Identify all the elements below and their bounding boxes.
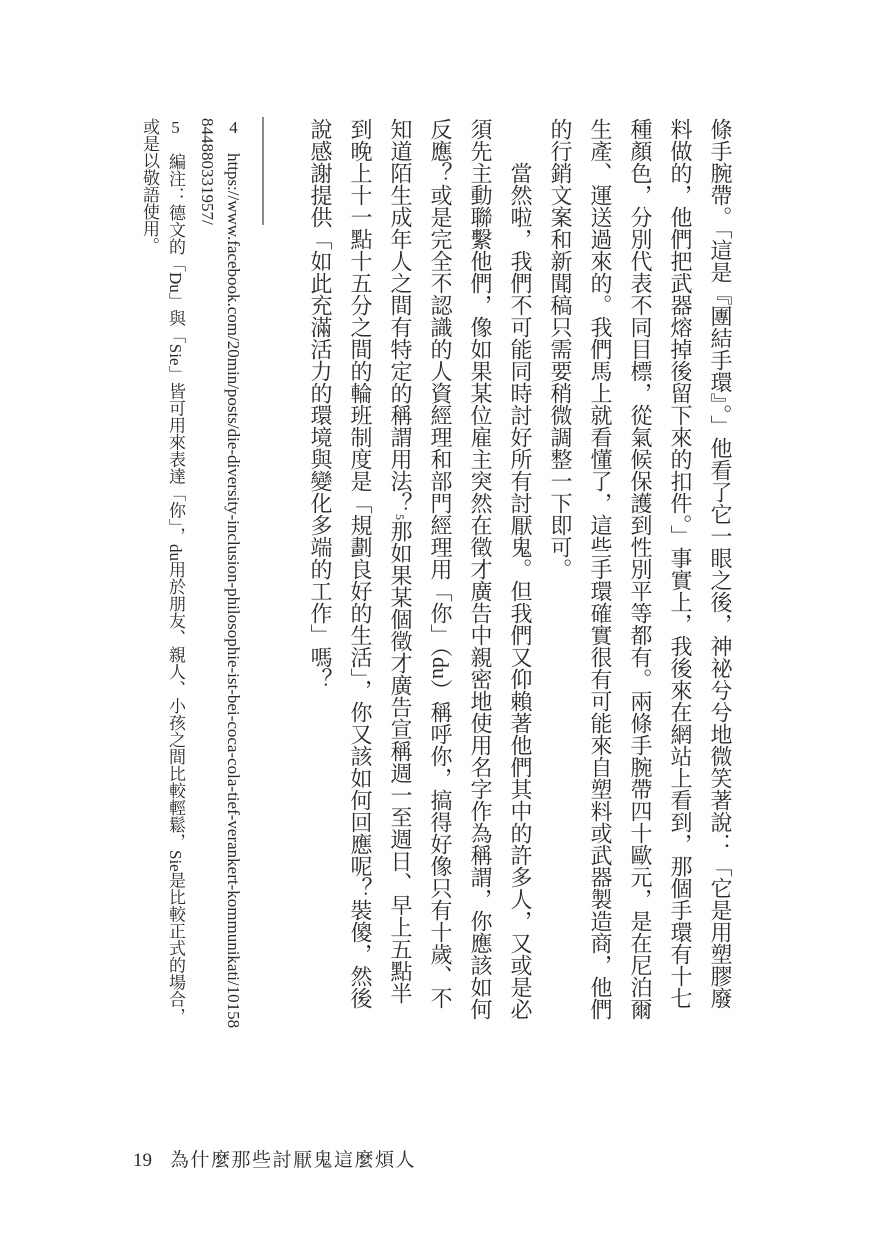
footnote: 5編注：德文的「Du」與「Sie」皆可用來表達「你」，du用於朋友、親人、小孩之… (136, 118, 188, 1030)
footnote-number: 4 (224, 118, 243, 137)
footnote-separator-line (262, 117, 264, 225)
footnote-text: https://www.facebook.com/20min/posts/die… (198, 118, 243, 1028)
paragraph: 條手腕帶。「這是『團結手環』。」他看了它一眼之後，神祕兮兮地微笑著說：「它是用塑… (540, 118, 740, 1024)
page-number: 19 (133, 1150, 152, 1172)
footnote-area: 4https://www.facebook.com/20min/posts/di… (136, 118, 246, 1030)
book-page: 條手腕帶。「這是『團結手環』。」他看了它一眼之後，神祕兮兮地微笑著說：「它是用塑… (0, 0, 875, 1241)
body-text: 條手腕帶。「這是『團結手環』。」他看了它一眼之後，神祕兮兮地微笑著說：「它是用塑… (300, 118, 740, 1024)
running-title: 為什麼那些討厭鬼這麼煩人 (170, 1145, 416, 1172)
footnote: 4https://www.facebook.com/20min/posts/di… (194, 118, 246, 1030)
paragraph: 當然啦，我們不可能同時討好所有討厭鬼。但我們又仰賴著他們其中的許多人，又或是必須… (300, 118, 540, 1024)
page-footer: 19 為什麼那些討厭鬼這麼煩人 (133, 1145, 416, 1172)
footnote-text: 編注：德文的「Du」與「Sie」皆可用來表達「你」，du用於朋友、親人、小孩之間… (140, 118, 185, 1025)
footnote-number: 5 (166, 118, 185, 137)
